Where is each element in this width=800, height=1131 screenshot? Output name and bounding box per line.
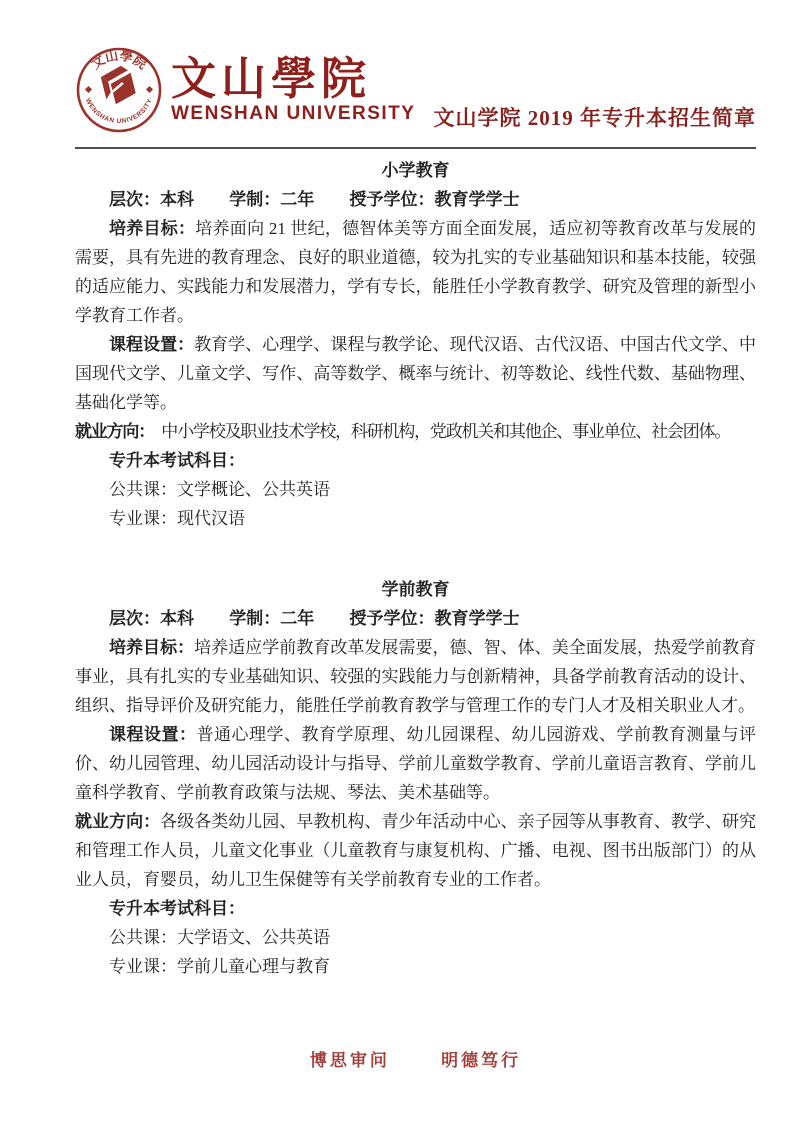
training-objective-paragraph: 培养目标：培养面向 21 世纪，德智体美等方面全面发展，适应初等教育改革与发展的…	[75, 214, 756, 330]
motto-left: 博思审问	[310, 1051, 390, 1070]
document-page: 文山學院 WENSHAN UNIVERSITY 文山學院 WENSHAN UNI…	[0, 0, 800, 1131]
section-title: 小学教育	[75, 156, 756, 185]
major-course-line: 专业课：学前儿童心理与教育	[75, 952, 756, 981]
exam-subjects-heading: 专升本考试科目：	[75, 446, 756, 475]
field-label: 课程设置：	[109, 725, 197, 744]
university-name-cn: 文山學院	[171, 55, 415, 103]
employment-paragraph: 就业方向： 中小学校及职业技术学校，科研机构，党政机关和其他企、事业单位、社会团…	[75, 417, 756, 446]
section-title: 学前教育	[75, 575, 756, 604]
field-text: 中小学校及职业技术学校，科研机构，党政机关和其他企、事业单位、社会团体。	[146, 422, 731, 441]
document-content: 小学教育 层次：本科 学制：二年 授予学位：教育学学士 培养目标：培养面向 21…	[75, 156, 756, 981]
doc-title: 文山学院 2019 年专升本招生简章	[434, 102, 757, 132]
field-label: 培养目标：	[109, 638, 194, 657]
field-label: 课程设置：	[109, 335, 194, 354]
meta-level: 层次：本科	[109, 609, 194, 628]
university-seal-icon: 文山學院 WENSHAN UNIVERSITY	[75, 46, 163, 134]
header-divider	[75, 147, 756, 149]
exam-subjects-heading: 专升本考试科目：	[75, 894, 756, 923]
meta-degree: 授予学位：教育学学士	[350, 609, 520, 628]
field-label: 就业方向：	[75, 422, 146, 441]
public-course-line: 公共课：文学概论、公共英语	[75, 475, 756, 504]
training-objective-paragraph: 培养目标：培养适应学前教育改革发展需要，德、智、体、美全面发展，热爱学前教育事业…	[75, 633, 756, 720]
program-meta-line: 层次：本科 学制：二年 授予学位：教育学学士	[75, 185, 756, 214]
major-course-line: 专业课：现代汉语	[75, 504, 756, 533]
meta-duration: 学制：二年	[229, 609, 314, 628]
section-primary-education: 小学教育 层次：本科 学制：二年 授予学位：教育学学士 培养目标：培养面向 21…	[75, 156, 756, 533]
program-meta-line: 层次：本科 学制：二年 授予学位：教育学学士	[75, 604, 756, 633]
motto-right: 明德笃行	[441, 1051, 521, 1070]
meta-level: 层次：本科	[109, 190, 194, 209]
university-brand: 文山學院 WENSHAN UNIVERSITY 文山學院 WENSHAN UNI…	[75, 46, 415, 134]
meta-duration: 学制：二年	[229, 190, 314, 209]
curriculum-paragraph: 课程设置：普通心理学、教育学原理、幼儿园课程、幼儿园游戏、学前教育测量与评价、幼…	[75, 720, 756, 807]
public-course-line: 公共课：大学语文、公共英语	[75, 923, 756, 952]
field-text: 各级各类幼儿园、早教机构、青少年活动中心、亲子园等从事教育、教学、研究和管理工作…	[75, 812, 756, 889]
field-label: 培养目标：	[109, 219, 195, 238]
university-names: 文山學院 WENSHAN UNIVERSITY	[171, 55, 415, 125]
curriculum-paragraph: 课程设置：教育学、心理学、课程与教学论、现代汉语、古代汉语、中国古代文学、中国现…	[75, 330, 756, 417]
section-preschool-education: 学前教育 层次：本科 学制：二年 授予学位：教育学学士 培养目标：培养适应学前教…	[75, 575, 756, 981]
page-header: 文山學院 WENSHAN UNIVERSITY 文山學院 WENSHAN UNI…	[75, 46, 756, 134]
meta-degree: 授予学位：教育学学士	[350, 190, 520, 209]
university-name-en: WENSHAN UNIVERSITY	[171, 103, 415, 125]
footer-motto: 博思审问 明德笃行	[75, 1046, 756, 1071]
field-label: 就业方向：	[75, 812, 160, 831]
employment-paragraph: 就业方向：各级各类幼儿园、早教机构、青少年活动中心、亲子园等从事教育、教学、研究…	[75, 807, 756, 894]
